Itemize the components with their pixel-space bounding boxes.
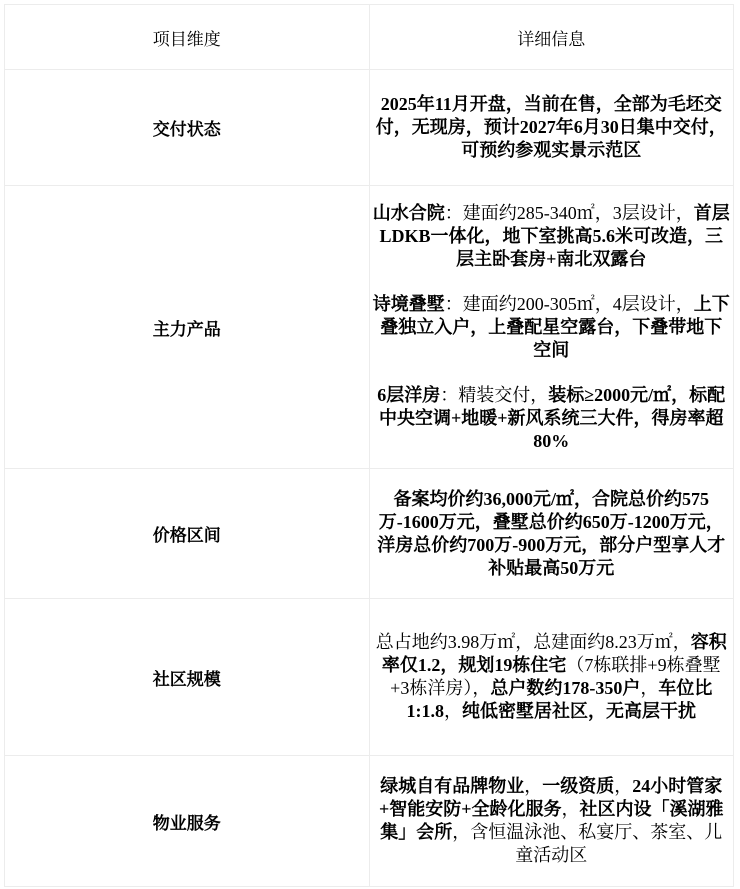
- detail-paragraph: 6层洋房：精装交付，装标≥2000元/㎡，标配中央空调+地暖+新风系统三大件，得…: [373, 384, 731, 453]
- row-label: 主力产品: [5, 186, 370, 469]
- header-row: 项目维度 详细信息: [5, 5, 734, 70]
- project-info-table: 项目维度 详细信息 交付状态2025年11月开盘，当前在售，全部为毛坯交付，无现…: [4, 4, 734, 887]
- detail-text: ：建面约285-340㎡，3层设计，: [445, 203, 694, 223]
- detail-text-bold: 纯低密墅居社区，无高层干扰: [462, 701, 696, 721]
- row-detail: 山水合院：建面约285-340㎡，3层设计，首层LDKB一体化，地下室挑高5.6…: [369, 186, 734, 469]
- detail-text: ，: [614, 776, 632, 796]
- detail-text: ，: [562, 799, 580, 819]
- table-row: 社区规模总占地约3.98万㎡，总建面约8.23万㎡，容积率仅1.2，规划19栋住…: [5, 599, 734, 756]
- row-detail: 备案均价约36,000元/㎡，合院总价约575万-1600万元，叠墅总价约650…: [369, 469, 734, 599]
- detail-paragraph: 2025年11月开盘，当前在售，全部为毛坯交付，无现房，预计2027年6月30日…: [373, 93, 731, 162]
- detail-paragraph: 备案均价约36,000元/㎡，合院总价约575万-1600万元，叠墅总价约650…: [373, 488, 731, 580]
- row-detail: 绿城自有品牌物业，一级资质，24小时管家+智能安防+全龄化服务，社区内设「溪湖雅…: [369, 756, 734, 887]
- table-row: 交付状态2025年11月开盘，当前在售，全部为毛坯交付，无现房，预计2027年6…: [5, 70, 734, 186]
- table-header: 项目维度 详细信息: [5, 5, 734, 70]
- row-label: 交付状态: [5, 70, 370, 186]
- header-dimension: 项目维度: [5, 5, 370, 70]
- detail-paragraph: 诗境叠墅：建面约200-305㎡，4层设计，上下叠独立入户，上叠配星空露台，下叠…: [373, 293, 731, 362]
- table-row: 物业服务绿城自有品牌物业，一级资质，24小时管家+智能安防+全龄化服务，社区内设…: [5, 756, 734, 887]
- detail-text: ：建面约200-305㎡，4层设计，: [445, 294, 694, 314]
- detail-text-bold: 总户数约178-350户: [490, 678, 640, 698]
- row-label: 价格区间: [5, 469, 370, 599]
- detail-text: 总占地约3.98万㎡，总建面约8.23万㎡，: [376, 632, 691, 652]
- detail-paragraph: 山水合院：建面约285-340㎡，3层设计，首层LDKB一体化，地下室挑高5.6…: [373, 202, 731, 271]
- detail-text: ，含恒温泳池、私宴厅、茶室、儿童活动区: [452, 822, 722, 865]
- detail-text-bold: 备案均价约36,000元/㎡，合院总价约575万-1600万元，叠墅总价约650…: [377, 489, 725, 578]
- row-detail: 2025年11月开盘，当前在售，全部为毛坯交付，无现房，预计2027年6月30日…: [369, 70, 734, 186]
- detail-text-bold: 6层洋房: [377, 385, 440, 405]
- detail-text: ：精装交付，: [440, 385, 548, 405]
- detail-text: ，: [444, 701, 462, 721]
- detail-text-bold: 绿城自有品牌物业: [380, 776, 524, 796]
- table-body: 交付状态2025年11月开盘，当前在售，全部为毛坯交付，无现房，预计2027年6…: [5, 70, 734, 887]
- detail-paragraph: 总占地约3.98万㎡，总建面约8.23万㎡，容积率仅1.2，规划19栋住宅（7栋…: [373, 631, 731, 723]
- table-row: 价格区间备案均价约36,000元/㎡，合院总价约575万-1600万元，叠墅总价…: [5, 469, 734, 599]
- row-label: 物业服务: [5, 756, 370, 887]
- detail-text-bold: 诗境叠墅: [373, 294, 445, 314]
- detail-text: ，: [640, 678, 658, 698]
- row-detail: 总占地约3.98万㎡，总建面约8.23万㎡，容积率仅1.2，规划19栋住宅（7栋…: [369, 599, 734, 756]
- header-details: 详细信息: [369, 5, 734, 70]
- detail-paragraph: 绿城自有品牌物业，一级资质，24小时管家+智能安防+全龄化服务，社区内设「溪湖雅…: [373, 775, 731, 867]
- detail-text: ，: [524, 776, 542, 796]
- table-row: 主力产品山水合院：建面约285-340㎡，3层设计，首层LDKB一体化，地下室挑…: [5, 186, 734, 469]
- detail-text-bold: 山水合院: [373, 203, 445, 223]
- detail-text-bold: 2025年11月开盘，当前在售，全部为毛坯交付，无现房，预计2027年6月30日…: [376, 94, 727, 160]
- row-label: 社区规模: [5, 599, 370, 756]
- detail-text-bold: 一级资质: [542, 776, 614, 796]
